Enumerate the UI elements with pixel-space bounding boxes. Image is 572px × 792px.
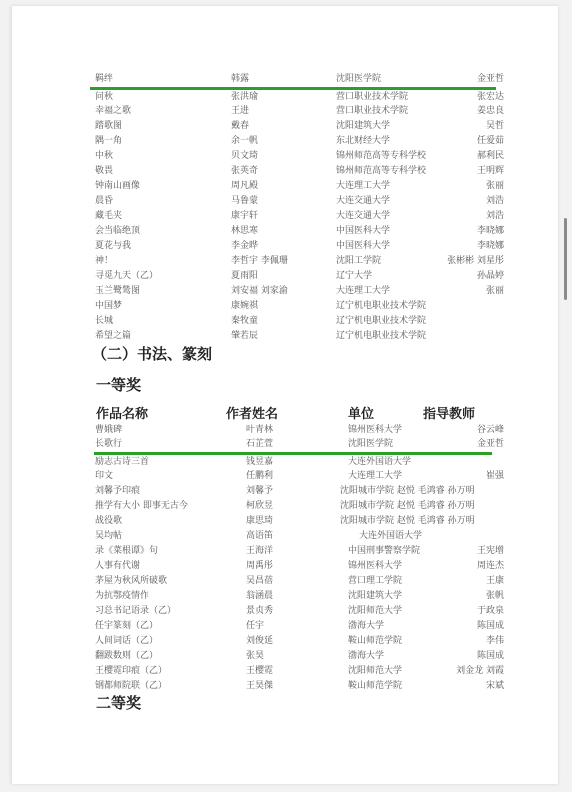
work-title: 习总书记语录（乙） bbox=[95, 604, 176, 619]
author-name: 石芷萱 bbox=[246, 437, 273, 452]
unit-name: 沈阳建筑大学 bbox=[348, 589, 402, 604]
author-name: 张昊 bbox=[246, 649, 264, 664]
work-title: 茅屋为秋风所破歌 bbox=[95, 574, 167, 589]
work-title: 夏花与我 bbox=[95, 239, 131, 254]
work-title: 隅一角 bbox=[95, 134, 122, 149]
work-title: 长城 bbox=[95, 314, 113, 329]
table-row: 问秋 张洪瑜 营口职业技术学院 张宏达 bbox=[12, 90, 559, 105]
unit-name: 大连交通大学 bbox=[336, 209, 390, 224]
author-name: 柯欣昱 bbox=[246, 499, 273, 514]
table-row: 夏花与我 李金晔 中国医科大学 李晓娜 bbox=[12, 239, 559, 254]
author-name: 任鹏利 bbox=[246, 469, 273, 484]
unit-name: 沈阳师范大学 bbox=[348, 604, 402, 619]
teacher-name: 李晓娜 bbox=[477, 239, 504, 254]
author-name: 王昊傑 bbox=[246, 679, 273, 694]
table-row: 玉兰鹭鸶图 刘安福 刘家渝 大连理工大学 张丽 bbox=[12, 284, 559, 299]
unit-name: 营口职业技术学院 bbox=[336, 104, 408, 119]
table-row: 录《菜根谭》句 王海洋 中国刑事警察学院 王宪增 bbox=[12, 544, 559, 559]
teacher-name: 谷云峰 bbox=[477, 423, 504, 438]
table-row: 印文 任鹏利 大连理工大学 崔强 bbox=[12, 469, 559, 484]
author-name: 任宇 bbox=[246, 619, 264, 634]
prize-title-first: 一等奖 bbox=[96, 374, 141, 395]
table-row: 长城 秦牧童 辽宁机电职业技术学院 bbox=[12, 314, 559, 329]
teacher-name: 张丽 bbox=[486, 179, 504, 194]
author-name: 韩露 bbox=[231, 72, 249, 87]
teacher-name: 张彬彬 刘星彤 bbox=[447, 254, 504, 269]
author-name: 张英奇 bbox=[231, 164, 258, 179]
document-page: 羁绊 韩露 沈阳医学院 金亚哲 问秋 张洪瑜 营口职业技术学院 张宏达 幸福之歌… bbox=[11, 6, 558, 784]
unit-name: 大连理工大学 bbox=[348, 469, 402, 484]
work-title: 长歌行 bbox=[95, 437, 122, 452]
work-title: 推学有大小 即事无古今 bbox=[95, 499, 188, 514]
table-header: 作品名称 作者姓名 单位 指导教师 bbox=[12, 403, 559, 421]
teacher-name: 金亚哲 bbox=[477, 72, 504, 87]
teacher-name: 周连杰 bbox=[477, 559, 504, 574]
author-name: 夏雨阳 bbox=[231, 269, 258, 284]
author-name: 余一帆 bbox=[231, 134, 258, 149]
work-title: 钟南山画像 bbox=[95, 179, 140, 194]
table-row: 战役歌 康思琦 沈阳城市学院 赵悦 毛鸿睿 孙万明 bbox=[12, 514, 559, 529]
teacher-name: 郝利民 bbox=[477, 149, 504, 164]
teacher-name: 刘金龙 刘霞 bbox=[456, 664, 504, 679]
table-row: 长歌行 石芷萱 沈阳医学院 金亚哲 bbox=[12, 437, 559, 452]
unit-name: 锦州医科大学 bbox=[348, 559, 402, 574]
unit-name: 沈阳工学院 bbox=[336, 254, 381, 269]
work-title: 人间词话（乙） bbox=[95, 634, 158, 649]
header-author: 作者姓名 bbox=[226, 403, 278, 422]
author-name: 刘俊延 bbox=[246, 634, 273, 649]
table-row: 羁绊 韩露 沈阳医学院 金亚哲 bbox=[12, 72, 559, 87]
author-name: 叶青林 bbox=[246, 423, 273, 438]
teacher-name: 任爱茹 bbox=[477, 134, 504, 149]
author-name: 马鲁蒙 bbox=[231, 194, 258, 209]
table-row: 神！ 李哲宇 李佩珊 沈阳工学院 张彬彬 刘星彤 bbox=[12, 254, 559, 269]
teacher-name: 王宪增 bbox=[477, 544, 504, 559]
unit-name: 渤海大学 bbox=[348, 619, 384, 634]
header-teacher: 指导教师 bbox=[423, 403, 475, 422]
author-name: 翁涵晨 bbox=[246, 589, 273, 604]
table-row: 习总书记语录（乙） 景贞秀 沈阳师范大学 于政泉 bbox=[12, 604, 559, 619]
teacher-name: 陈国成 bbox=[477, 649, 504, 664]
author-name: 刘馨予 bbox=[246, 484, 273, 499]
header-work-title: 作品名称 bbox=[96, 403, 148, 422]
unit-name: 大连外国语大学 bbox=[348, 455, 411, 470]
author-name: 康思琦 bbox=[246, 514, 273, 529]
unit-name: 辽宁机电职业技术学院 bbox=[336, 299, 426, 314]
work-title: 晨昏 bbox=[95, 194, 113, 209]
author-name: 钱昱嘉 bbox=[246, 455, 273, 470]
table-row: 钢都师院联（乙） 王昊傑 鞍山师范学院 宋斌 bbox=[12, 679, 559, 694]
table-row: 会当临绝顶 林思寒 中国医科大学 李晓娜 bbox=[12, 224, 559, 239]
teacher-name: 姜忠良 bbox=[477, 104, 504, 119]
author-name: 刘安福 刘家渝 bbox=[231, 284, 288, 299]
teacher-name: 于政泉 bbox=[477, 604, 504, 619]
author-name: 秦牧童 bbox=[231, 314, 258, 329]
table-row: 寻觅九天（乙） 夏雨阳 辽宁大学 孙晶婷 bbox=[12, 269, 559, 284]
author-name: 王海洋 bbox=[246, 544, 273, 559]
work-title: 战役歌 bbox=[95, 514, 122, 529]
unit-name: 锦州医科大学 bbox=[348, 423, 402, 438]
work-title: 励志古诗三首 bbox=[95, 455, 149, 470]
author-name: 贝文琦 bbox=[231, 149, 258, 164]
table-row: 中秋 贝文琦 锦州师范高等专科学校 郝利民 bbox=[12, 149, 559, 164]
unit-name: 大连理工大学 bbox=[336, 179, 390, 194]
teacher-name: 王康 bbox=[486, 574, 504, 589]
teacher-name: 李伟 bbox=[486, 634, 504, 649]
work-title: 玉兰鹭鸶图 bbox=[95, 284, 140, 299]
unit-name: 中国刑事警察学院 bbox=[348, 544, 420, 559]
author-name: 王樱霓 bbox=[246, 664, 273, 679]
unit-name: 渤海大学 bbox=[348, 649, 384, 664]
table-row: 人事有代谢 周禹彤 锦州医科大学 周连杰 bbox=[12, 559, 559, 574]
unit-name: 中国医科大学 bbox=[336, 239, 390, 254]
unit-name: 沈阳建筑大学 bbox=[336, 119, 390, 134]
teacher-name: 张帆 bbox=[486, 589, 504, 604]
author-name: 康婉祺 bbox=[231, 299, 258, 314]
table-row: 希望之篇 肇若辰 辽宁机电职业技术学院 bbox=[12, 329, 559, 344]
table-row: 隅一角 余一帆 东北财经大学 任爱茹 bbox=[12, 134, 559, 149]
table-row: 晨昏 马鲁蒙 大连交通大学 刘浩 bbox=[12, 194, 559, 209]
teacher-name: 张丽 bbox=[486, 284, 504, 299]
teacher-name: 孙晶婷 bbox=[477, 269, 504, 284]
work-title: 希望之篇 bbox=[95, 329, 131, 344]
table-row: 幸福之歌 王进 营口职业技术学院 姜忠良 bbox=[12, 104, 559, 119]
prize-title-second: 二等奖 bbox=[96, 692, 141, 713]
table-row: 刘馨予印痕 刘馨予 沈阳城市学院 赵悦 毛鸿睿 孙万明 bbox=[12, 484, 559, 499]
work-title: 神！ bbox=[95, 254, 113, 269]
unit-name: 营口理工学院 bbox=[348, 574, 402, 589]
teacher-name: 陈国成 bbox=[477, 619, 504, 634]
work-title: 寻觅九天（乙） bbox=[95, 269, 158, 284]
unit-name: 辽宁大学 bbox=[336, 269, 372, 284]
work-title: 吴均帖 bbox=[95, 529, 122, 544]
author-name: 李哲宇 李佩珊 bbox=[231, 254, 288, 269]
work-title: 藏毛夹 bbox=[95, 209, 122, 224]
table-row: 为抗鄂疫情作 翁涵晨 沈阳建筑大学 张帆 bbox=[12, 589, 559, 604]
unit-name: 东北财经大学 bbox=[336, 134, 390, 149]
teacher-name: 崔强 bbox=[486, 469, 504, 484]
work-title: 任宇篆刻（乙） bbox=[95, 619, 158, 634]
work-title: 刘馨予印痕 bbox=[95, 484, 140, 499]
table-row: 钟南山画像 周凡殿 大连理工大学 张丽 bbox=[12, 179, 559, 194]
table-row: 藏毛夹 康宇轩 大连交通大学 刘浩 bbox=[12, 209, 559, 224]
author-name: 肇若辰 bbox=[231, 329, 258, 344]
work-title: 问秋 bbox=[95, 90, 113, 105]
author-name: 景贞秀 bbox=[246, 604, 273, 619]
unit-name: 中国医科大学 bbox=[336, 224, 390, 239]
author-name: 李金晔 bbox=[231, 239, 258, 254]
work-title: 翻跋数则（乙） bbox=[95, 649, 158, 664]
table-row: 励志古诗三首 钱昱嘉 大连外国语大学 bbox=[12, 455, 559, 470]
author-name: 林思寒 bbox=[231, 224, 258, 239]
unit-name: 鞍山师范学院 bbox=[348, 634, 402, 649]
author-name: 周凡殿 bbox=[231, 179, 258, 194]
table-row: 推学有大小 即事无古今 柯欣昱 沈阳城市学院 赵悦 毛鸿睿 孙万明 bbox=[12, 499, 559, 514]
table-row: 踏歌图 戴春 沈阳建筑大学 吴哲 bbox=[12, 119, 559, 134]
unit-name: 沈阳医学院 bbox=[348, 437, 393, 452]
table-row: 王樱霓印痕（乙） 王樱霓 沈阳师范大学 刘金龙 刘霞 bbox=[12, 664, 559, 679]
author-name: 吴昌蓓 bbox=[246, 574, 273, 589]
teacher-name: 吴哲 bbox=[486, 119, 504, 134]
table-row: 曹娥碑 叶青林 锦州医科大学 谷云峰 bbox=[12, 423, 559, 438]
author-name: 张洪瑜 bbox=[231, 90, 258, 105]
work-title: 录《菜根谭》句 bbox=[95, 544, 158, 559]
author-name: 高语笛 bbox=[246, 529, 273, 544]
work-title: 会当临绝顶 bbox=[95, 224, 140, 239]
work-title: 人事有代谢 bbox=[95, 559, 140, 574]
work-title: 敬畏 bbox=[95, 164, 113, 179]
unit-name: 鞍山师范学院 bbox=[348, 679, 402, 694]
table-row: 翻跋数则（乙） 张昊 渤海大学 陈国成 bbox=[12, 649, 559, 664]
table-row: 吴均帖 高语笛 大连外国语大学 bbox=[12, 529, 559, 544]
table-row: 中国梦 康婉祺 辽宁机电职业技术学院 bbox=[12, 299, 559, 314]
author-name: 戴春 bbox=[231, 119, 249, 134]
unit-name: 沈阳城市学院 赵悦 毛鸿睿 孙万明 bbox=[340, 499, 475, 514]
unit-name: 辽宁机电职业技术学院 bbox=[336, 329, 426, 344]
unit-name: 沈阳城市学院 赵悦 毛鸿睿 孙万明 bbox=[340, 484, 475, 499]
scrollbar-thumb[interactable] bbox=[564, 218, 567, 300]
work-title: 中秋 bbox=[95, 149, 113, 164]
work-title: 王樱霓印痕（乙） bbox=[95, 664, 167, 679]
unit-name: 大连外国语大学 bbox=[359, 529, 422, 544]
teacher-name: 宋斌 bbox=[486, 679, 504, 694]
table-row: 人间词话（乙） 刘俊延 鞍山师范学院 李伟 bbox=[12, 634, 559, 649]
work-title: 曹娥碑 bbox=[95, 423, 122, 438]
table-row: 任宇篆刻（乙） 任宇 渤海大学 陈国成 bbox=[12, 619, 559, 634]
unit-name: 营口职业技术学院 bbox=[336, 90, 408, 105]
teacher-name: 李晓娜 bbox=[477, 224, 504, 239]
work-title: 羁绊 bbox=[95, 72, 113, 87]
author-name: 王进 bbox=[231, 104, 249, 119]
teacher-name: 刘浩 bbox=[486, 209, 504, 224]
unit-name: 沈阳医学院 bbox=[336, 72, 381, 87]
section-title: （二）书法、篆刻 bbox=[92, 343, 212, 364]
teacher-name: 金亚哲 bbox=[477, 437, 504, 452]
table-row: 茅屋为秋风所破歌 吴昌蓓 营口理工学院 王康 bbox=[12, 574, 559, 589]
unit-name: 沈阳师范大学 bbox=[348, 664, 402, 679]
author-name: 周禹彤 bbox=[246, 559, 273, 574]
teacher-name: 张宏达 bbox=[477, 90, 504, 105]
unit-name: 大连交通大学 bbox=[336, 194, 390, 209]
work-title: 为抗鄂疫情作 bbox=[95, 589, 149, 604]
unit-name: 锦州师范高等专科学校 bbox=[336, 149, 426, 164]
teacher-name: 王明辉 bbox=[477, 164, 504, 179]
unit-name: 沈阳城市学院 赵悦 毛鸿睿 孙万明 bbox=[340, 514, 475, 529]
work-title: 踏歌图 bbox=[95, 119, 122, 134]
work-title: 印文 bbox=[95, 469, 113, 484]
table-row: 敬畏 张英奇 锦州师范高等专科学校 王明辉 bbox=[12, 164, 559, 179]
teacher-name: 刘浩 bbox=[486, 194, 504, 209]
unit-name: 锦州师范高等专科学校 bbox=[336, 164, 426, 179]
author-name: 康宇轩 bbox=[231, 209, 258, 224]
work-title: 幸福之歌 bbox=[95, 104, 131, 119]
work-title: 中国梦 bbox=[95, 299, 122, 314]
unit-name: 大连理工大学 bbox=[336, 284, 390, 299]
header-unit: 单位 bbox=[348, 403, 374, 422]
unit-name: 辽宁机电职业技术学院 bbox=[336, 314, 426, 329]
